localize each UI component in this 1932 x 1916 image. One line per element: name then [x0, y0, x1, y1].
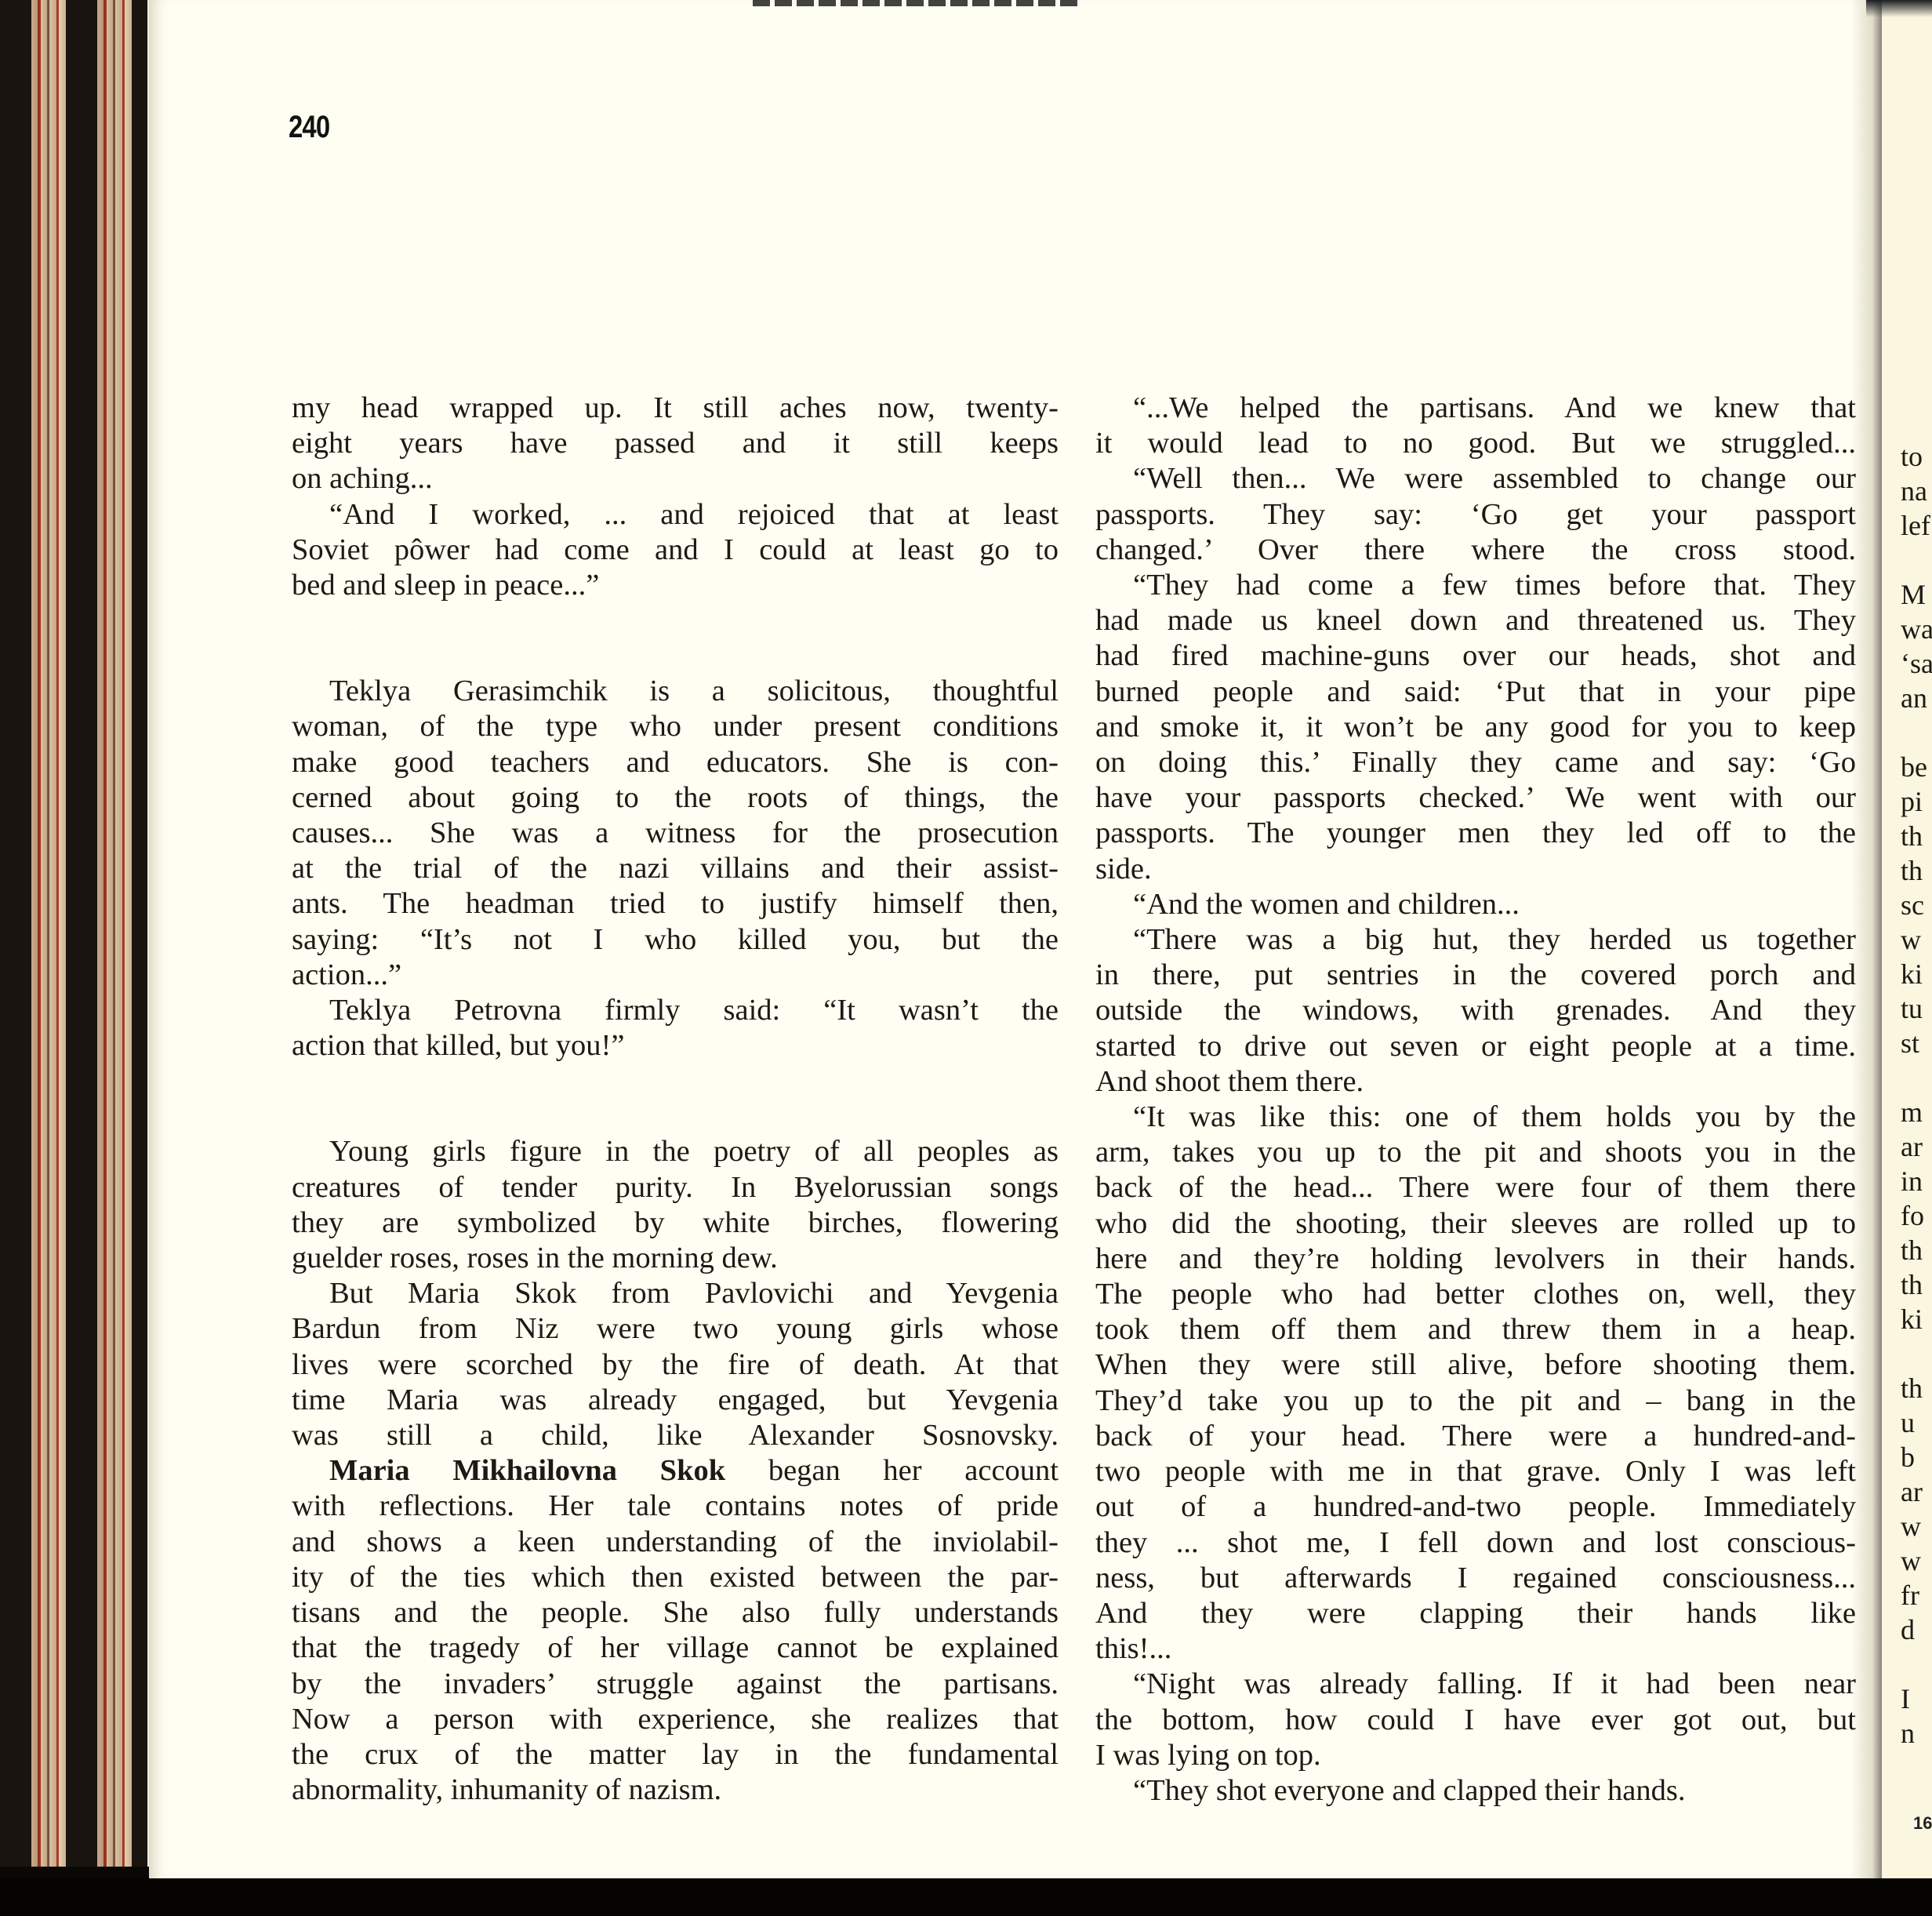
- text-line: But Maria Skok from Pavlovichi and Yevge…: [292, 1276, 1059, 1311]
- text-line: my head wrapped up. It still aches now, …: [292, 391, 1059, 426]
- book-page-edges: [0, 0, 157, 1867]
- text-line: The people who had better clothes on, we…: [1095, 1277, 1856, 1312]
- fragment-line: w: [1901, 1543, 1932, 1578]
- fragment-line: in: [1901, 1164, 1932, 1198]
- text-line: took them off them and threw them in a h…: [1095, 1312, 1856, 1347]
- text-line: bed and sleep in peace...”: [292, 568, 1059, 603]
- fragment-line: to: [1901, 439, 1932, 474]
- text-line: causes... She was a witness for the pros…: [292, 816, 1059, 851]
- text-line: it would lead to no good. But we struggl…: [1095, 426, 1856, 461]
- text-line: had fired machine-guns over our heads, s…: [1095, 638, 1856, 674]
- text-line: in there, put sentries in the covered po…: [1095, 958, 1856, 993]
- fragment-gap: [1901, 1060, 1932, 1095]
- text-line: make good teachers and educators. She is…: [292, 745, 1059, 780]
- text-line: Maria Mikhailovna Skok began her account: [292, 1453, 1059, 1489]
- text-line: who did the shooting, their sleeves are …: [1095, 1206, 1856, 1242]
- section-break: [292, 603, 1059, 674]
- text-line: that the tragedy of her village cannot b…: [292, 1631, 1059, 1666]
- running-head-remnant: [753, 0, 1082, 6]
- fragment-line: b: [1901, 1440, 1932, 1474]
- text-line: two people with me in that grave. Only I…: [1095, 1454, 1856, 1489]
- fragment-line: fo: [1901, 1198, 1932, 1233]
- text-line: they are symbolized by white birches, fl…: [292, 1205, 1059, 1241]
- fragment-line: ki: [1901, 1302, 1932, 1336]
- fragment-line: th: [1901, 819, 1932, 853]
- text-line: side.: [1095, 852, 1856, 887]
- fragment-gap: [1901, 715, 1932, 750]
- fragment-line: d: [1901, 1612, 1932, 1647]
- fragment-line: lef: [1901, 508, 1932, 543]
- text-line: passports. The younger men they led off …: [1095, 816, 1856, 851]
- text-line: at the trial of the nazi villains and th…: [292, 851, 1059, 886]
- text-line: on aching...: [292, 461, 1059, 496]
- fragment-line: tu: [1901, 991, 1932, 1026]
- left-text-column: my head wrapped up. It still aches now, …: [292, 391, 1059, 1808]
- text-line: started to drive out seven or eight peop…: [1095, 1029, 1856, 1064]
- dark-background-bottom: [0, 1878, 1932, 1916]
- text-line: Bardun from Niz were two young girls who…: [292, 1311, 1059, 1347]
- text-line: passports. They say: ‘Go get your passpo…: [1095, 497, 1856, 533]
- text-line: They’d take you up to the pit and – bang…: [1095, 1383, 1856, 1419]
- fragment-line: an: [1901, 681, 1932, 715]
- text-line: burned people and said: ‘Put that in you…: [1095, 674, 1856, 710]
- text-line: on doing this.’ Finally they came and sa…: [1095, 745, 1856, 780]
- fragment-line: st: [1901, 1026, 1932, 1060]
- fragment-line: th: [1901, 1267, 1932, 1302]
- text-line: ants. The headman tried to justify himse…: [292, 886, 1059, 922]
- text-line: and shows a keen understanding of the in…: [292, 1525, 1059, 1560]
- next-page-text-fragment: to na lef M wa ‘sa an be pi th th sc w k…: [1901, 439, 1932, 1751]
- text-line: Now a person with experience, she realiz…: [292, 1702, 1059, 1737]
- text-line: and smoke it, it won’t be any good for y…: [1095, 710, 1856, 745]
- text-line: out of a hundred-and-two people. Immedia…: [1095, 1489, 1856, 1525]
- text-line: tisans and the people. She also fully un…: [292, 1595, 1059, 1631]
- text-line: Teklya Petrovna firmly said: “It wasn’t …: [292, 993, 1059, 1028]
- text-line: “Well then... We were assembled to chang…: [1095, 461, 1856, 496]
- text-line: “They shot everyone and clapped their ha…: [1095, 1773, 1856, 1809]
- text-line: with reflections. Her tale contains note…: [292, 1489, 1059, 1524]
- fragment-line: fr: [1901, 1578, 1932, 1612]
- fragment-line: M: [1901, 577, 1932, 612]
- text-line: back of the head... There were four of t…: [1095, 1170, 1856, 1205]
- text-line: back of your head. There were a hundred-…: [1095, 1419, 1856, 1454]
- text-line: the crux of the matter lay in the fundam…: [292, 1737, 1059, 1772]
- text-line: outside the windows, with grenades. And …: [1095, 993, 1856, 1028]
- text-line: “And I worked, ... and rejoiced that at …: [292, 497, 1059, 533]
- text-line: And they were clapping their hands like: [1095, 1596, 1856, 1631]
- text-line: action...”: [292, 958, 1059, 993]
- fragment-line: ar: [1901, 1129, 1932, 1164]
- text-run: began her account: [725, 1454, 1059, 1487]
- text-line: arm, takes you up to the pit and shoots …: [1095, 1135, 1856, 1170]
- fragment-line: I: [1901, 1681, 1932, 1716]
- text-line: “It was like this: one of them holds you…: [1095, 1100, 1856, 1135]
- text-line: saying: “It’s not I who killed you, but …: [292, 922, 1059, 958]
- text-line: ness, but afterwards I regained consciou…: [1095, 1561, 1856, 1596]
- fragment-gap: [1901, 543, 1932, 577]
- text-line: When they were still alive, before shoot…: [1095, 1347, 1856, 1383]
- text-line: woman, of the type who under present con…: [292, 709, 1059, 744]
- right-text-column: “...We helped the partisans. And we knew…: [1095, 391, 1856, 1809]
- text-line: this!...: [1095, 1631, 1856, 1667]
- page-number: 240: [289, 110, 329, 145]
- text-line: I was lying on top.: [1095, 1738, 1856, 1773]
- text-line: action that killed, but you!”: [292, 1028, 1059, 1063]
- bold-speaker-name: Maria Mikhailovna Skok: [329, 1454, 725, 1487]
- text-line: “There was a big hut, they herded us tog…: [1095, 922, 1856, 958]
- text-line: creatures of tender purity. In Byeloruss…: [292, 1170, 1059, 1205]
- next-page-number: 16: [1913, 1813, 1932, 1834]
- text-line: the bottom, how could I have ever got ou…: [1095, 1703, 1856, 1738]
- fragment-line: ‘sa: [1901, 646, 1932, 681]
- text-line: “Night was already falling. If it had be…: [1095, 1667, 1856, 1702]
- section-break: [292, 1063, 1059, 1134]
- text-line: guelder roses, roses in the morning dew.: [292, 1241, 1059, 1276]
- text-line: “...We helped the partisans. And we knew…: [1095, 391, 1856, 426]
- text-line: Young girls figure in the poetry of all …: [292, 1134, 1059, 1169]
- fragment-line: ki: [1901, 957, 1932, 991]
- text-line: by the invaders’ struggle against the pa…: [292, 1667, 1059, 1702]
- fragment-gap: [1901, 1647, 1932, 1681]
- text-line: time Maria was already engaged, but Yevg…: [292, 1383, 1059, 1418]
- text-line: had made us kneel down and threatened us…: [1095, 603, 1856, 638]
- text-line: have your passports checked.’ We went wi…: [1095, 780, 1856, 816]
- text-line: was still a child, like Alexander Sosnov…: [292, 1418, 1059, 1453]
- fragment-gap: [1901, 1336, 1932, 1371]
- text-line: here and they’re holding levolvers in th…: [1095, 1242, 1856, 1277]
- text-line: lives were scorched by the fire of death…: [292, 1347, 1059, 1383]
- fragment-line: u: [1901, 1405, 1932, 1440]
- fragment-line: pi: [1901, 784, 1932, 819]
- fragment-line: th: [1901, 1233, 1932, 1267]
- text-line: abnormality, inhumanity of nazism.: [292, 1772, 1059, 1808]
- fragment-line: th: [1901, 1371, 1932, 1405]
- fragment-line: th: [1901, 853, 1932, 888]
- corner-shadow: [1866, 0, 1932, 17]
- fragment-line: na: [1901, 474, 1932, 508]
- text-line: ity of the ties which then existed betwe…: [292, 1560, 1059, 1595]
- text-line: “And the women and children...: [1095, 887, 1856, 922]
- fragment-line: be: [1901, 750, 1932, 784]
- text-line: changed.’ Over there where the cross sto…: [1095, 533, 1856, 568]
- text-line: eight years have passed and it still kee…: [292, 426, 1059, 461]
- fragment-line: m: [1901, 1095, 1932, 1129]
- text-line: Soviet pôwer had come and I could at lea…: [292, 533, 1059, 568]
- fragment-line: sc: [1901, 888, 1932, 922]
- text-line: “They had come a few times before that. …: [1095, 568, 1856, 603]
- fragment-line: wa: [1901, 612, 1932, 646]
- text-line: they ... shot me, I fell down and lost c…: [1095, 1525, 1856, 1561]
- text-line: And shoot them there.: [1095, 1064, 1856, 1100]
- fragment-line: ar: [1901, 1474, 1932, 1509]
- fragment-line: w: [1901, 922, 1932, 957]
- fragment-line: n: [1901, 1716, 1932, 1751]
- text-line: cerned about going to the roots of thing…: [292, 780, 1059, 816]
- text-line: Teklya Gerasimchik is a solicitous, thou…: [292, 674, 1059, 709]
- fragment-line: w: [1901, 1509, 1932, 1543]
